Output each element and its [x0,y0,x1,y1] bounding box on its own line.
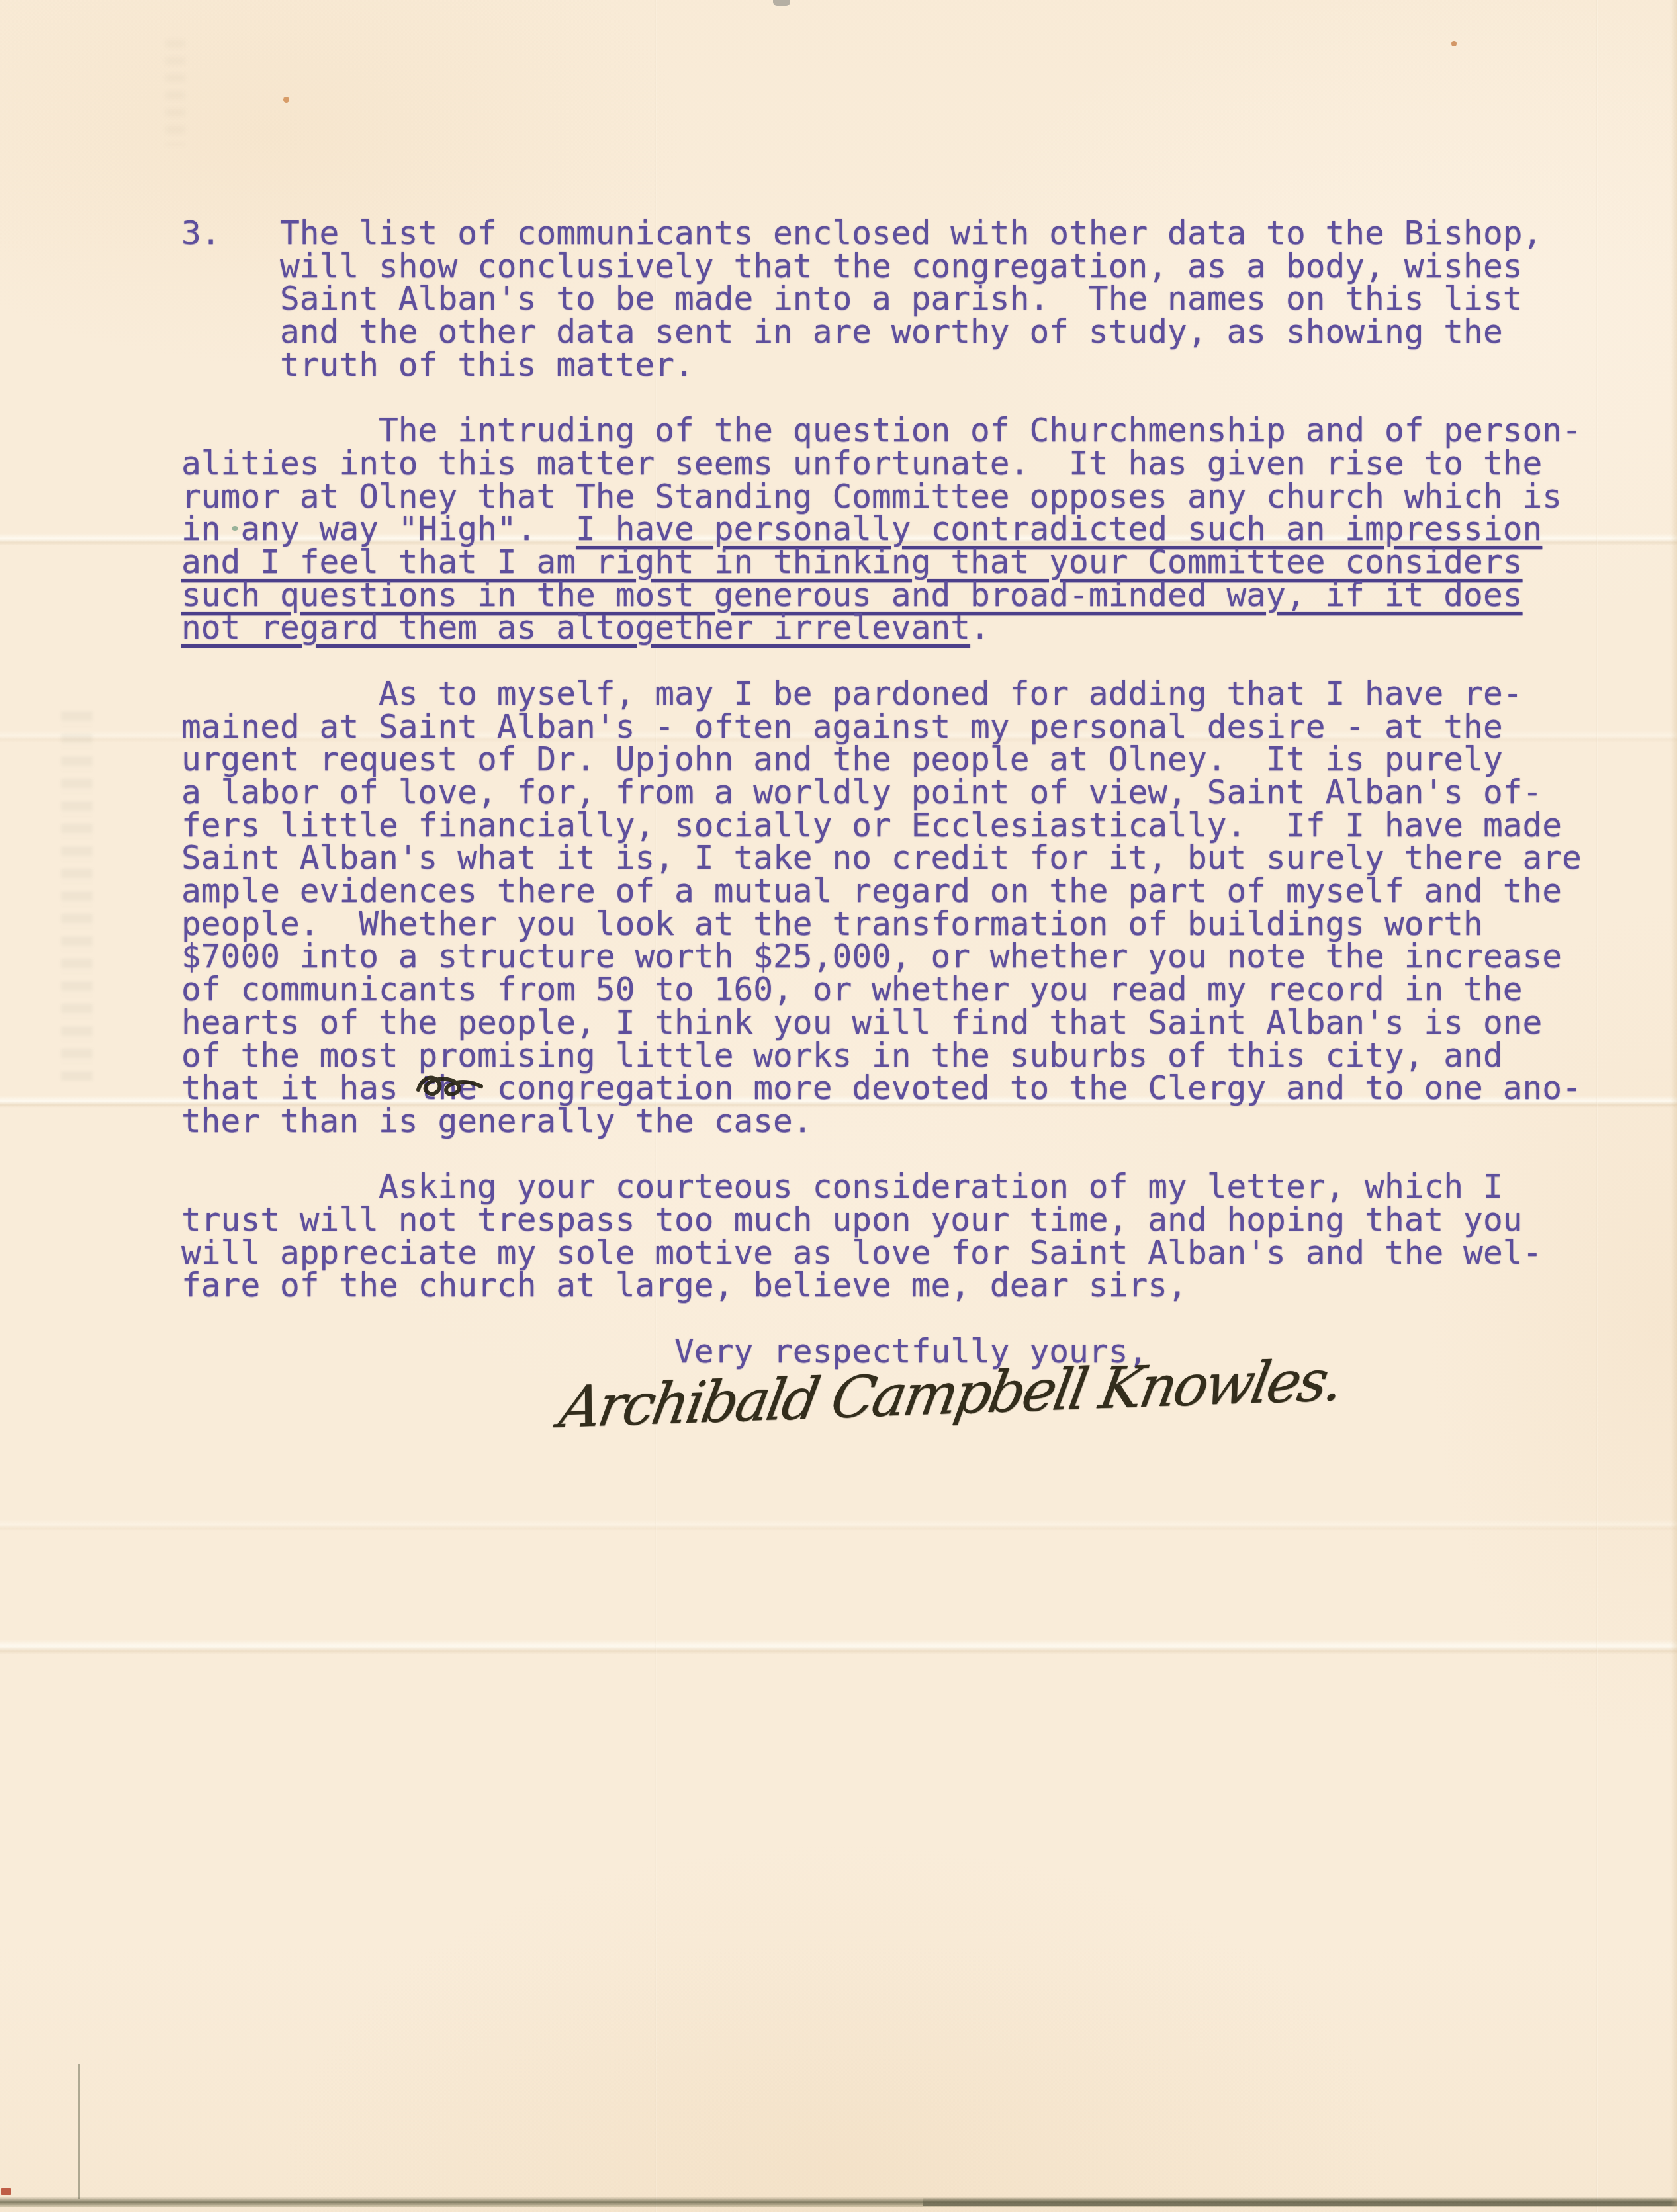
typed-line: people. Whether you look at the transfor… [181,908,1582,941]
typed-line: will appreciate my sole motive as love f… [181,1237,1582,1270]
typed-line: As to myself, may I be pardoned for addi… [181,678,1582,711]
typed-line: of the most promising little works in th… [181,1040,1582,1073]
letter-body: 3. The list of communicants enclosed wit… [181,217,1582,1368]
typed-line: The intruding of the question of Churchm… [181,414,1582,447]
typed-line: truth of this matter. [181,349,1582,382]
typed-line: 3. The list of communicants enclosed wit… [181,217,1582,250]
letter-page: 3. The list of communicants enclosed wit… [0,0,1677,2212]
letter-paragraph-paragraph-asking: Asking your courteous consideration of m… [181,1171,1582,1302]
letter-paragraph-paragraph-as-to-myself: As to myself, may I be pardoned for addi… [181,678,1582,1138]
letter-paragraph-item-3: 3. The list of communicants enclosed wit… [181,217,1582,382]
typed-line: a labor of love, for, from a worldly poi… [181,776,1582,809]
page-bottom-edge-shadow [923,2198,1677,2206]
typed-text: ther than is generally the case. [181,1102,813,1140]
typed-line: that it has the congregation more devote… [181,1072,1582,1105]
scan-edge-notch [773,0,790,6]
typed-line: Asking your courteous consideration of m… [181,1171,1582,1204]
typed-line: urgent request of Dr. Upjohn and the peo… [181,743,1582,776]
fold-crease-horizontal [0,1519,1677,1531]
typed-text: . [970,608,990,646]
typed-line: ample evidences there of a mutual regard… [181,875,1582,908]
letter-paragraph-paragraph-churchmenship: The intruding of the question of Churchm… [181,414,1582,644]
typed-line: hearts of the people, I think you will f… [181,1006,1582,1040]
typed-line: alities into this matter seems unfortuna… [181,447,1582,480]
scribbled-out-word: the [418,1069,477,1107]
page-right-edge-shade [1670,0,1677,2212]
fold-crease-horizontal [0,1640,1677,1654]
paper-speck [1451,41,1457,46]
typed-line: will show conclusively that the congrega… [181,250,1582,283]
paper-speck [283,97,289,103]
typed-line: Saint Alban's to be made into a parish. … [181,283,1582,316]
typed-line: not regard them as altogether irrelevant… [181,611,1582,644]
typed-line: Saint Alban's what it is, I take no cred… [181,842,1582,875]
typed-line: and I feel that I am right in thinking t… [181,546,1582,579]
typed-line: such questions in the most generous and … [181,579,1582,612]
red-ink-edge-mark [1,2188,11,2195]
typed-line: of communicants from 50 to 160, or wheth… [181,973,1582,1006]
scan-line-artifact [78,2064,80,2199]
typed-line: rumor at Olney that The Standing Committ… [181,480,1582,513]
ink-scribble-icon [413,1069,486,1103]
fold-crease-vertical [1596,0,1598,2212]
typed-line: fers little financially, socially or Ecc… [181,809,1582,842]
typed-line: fare of the church at large, believe me,… [181,1269,1582,1302]
ink-bleed-through [165,40,185,146]
typed-line: and the other data sent in are worthy of… [181,316,1582,349]
typed-line: mained at Saint Alban's - often against … [181,711,1582,744]
underlined-text: not regard them as altogether irrelevant [181,608,970,646]
typed-line: in any way "High". I have personally con… [181,513,1582,546]
typed-line: $7000 into a structure worth $25,000, or… [181,940,1582,973]
typed-line: trust will not trespass too much upon yo… [181,1204,1582,1237]
typed-text: truth of this matter. [181,345,694,384]
ink-bleed-through [61,711,93,1082]
typed-line: ther than is generally the case. [181,1105,1582,1138]
typed-text: fare of the church at large, believe me,… [181,1266,1187,1304]
